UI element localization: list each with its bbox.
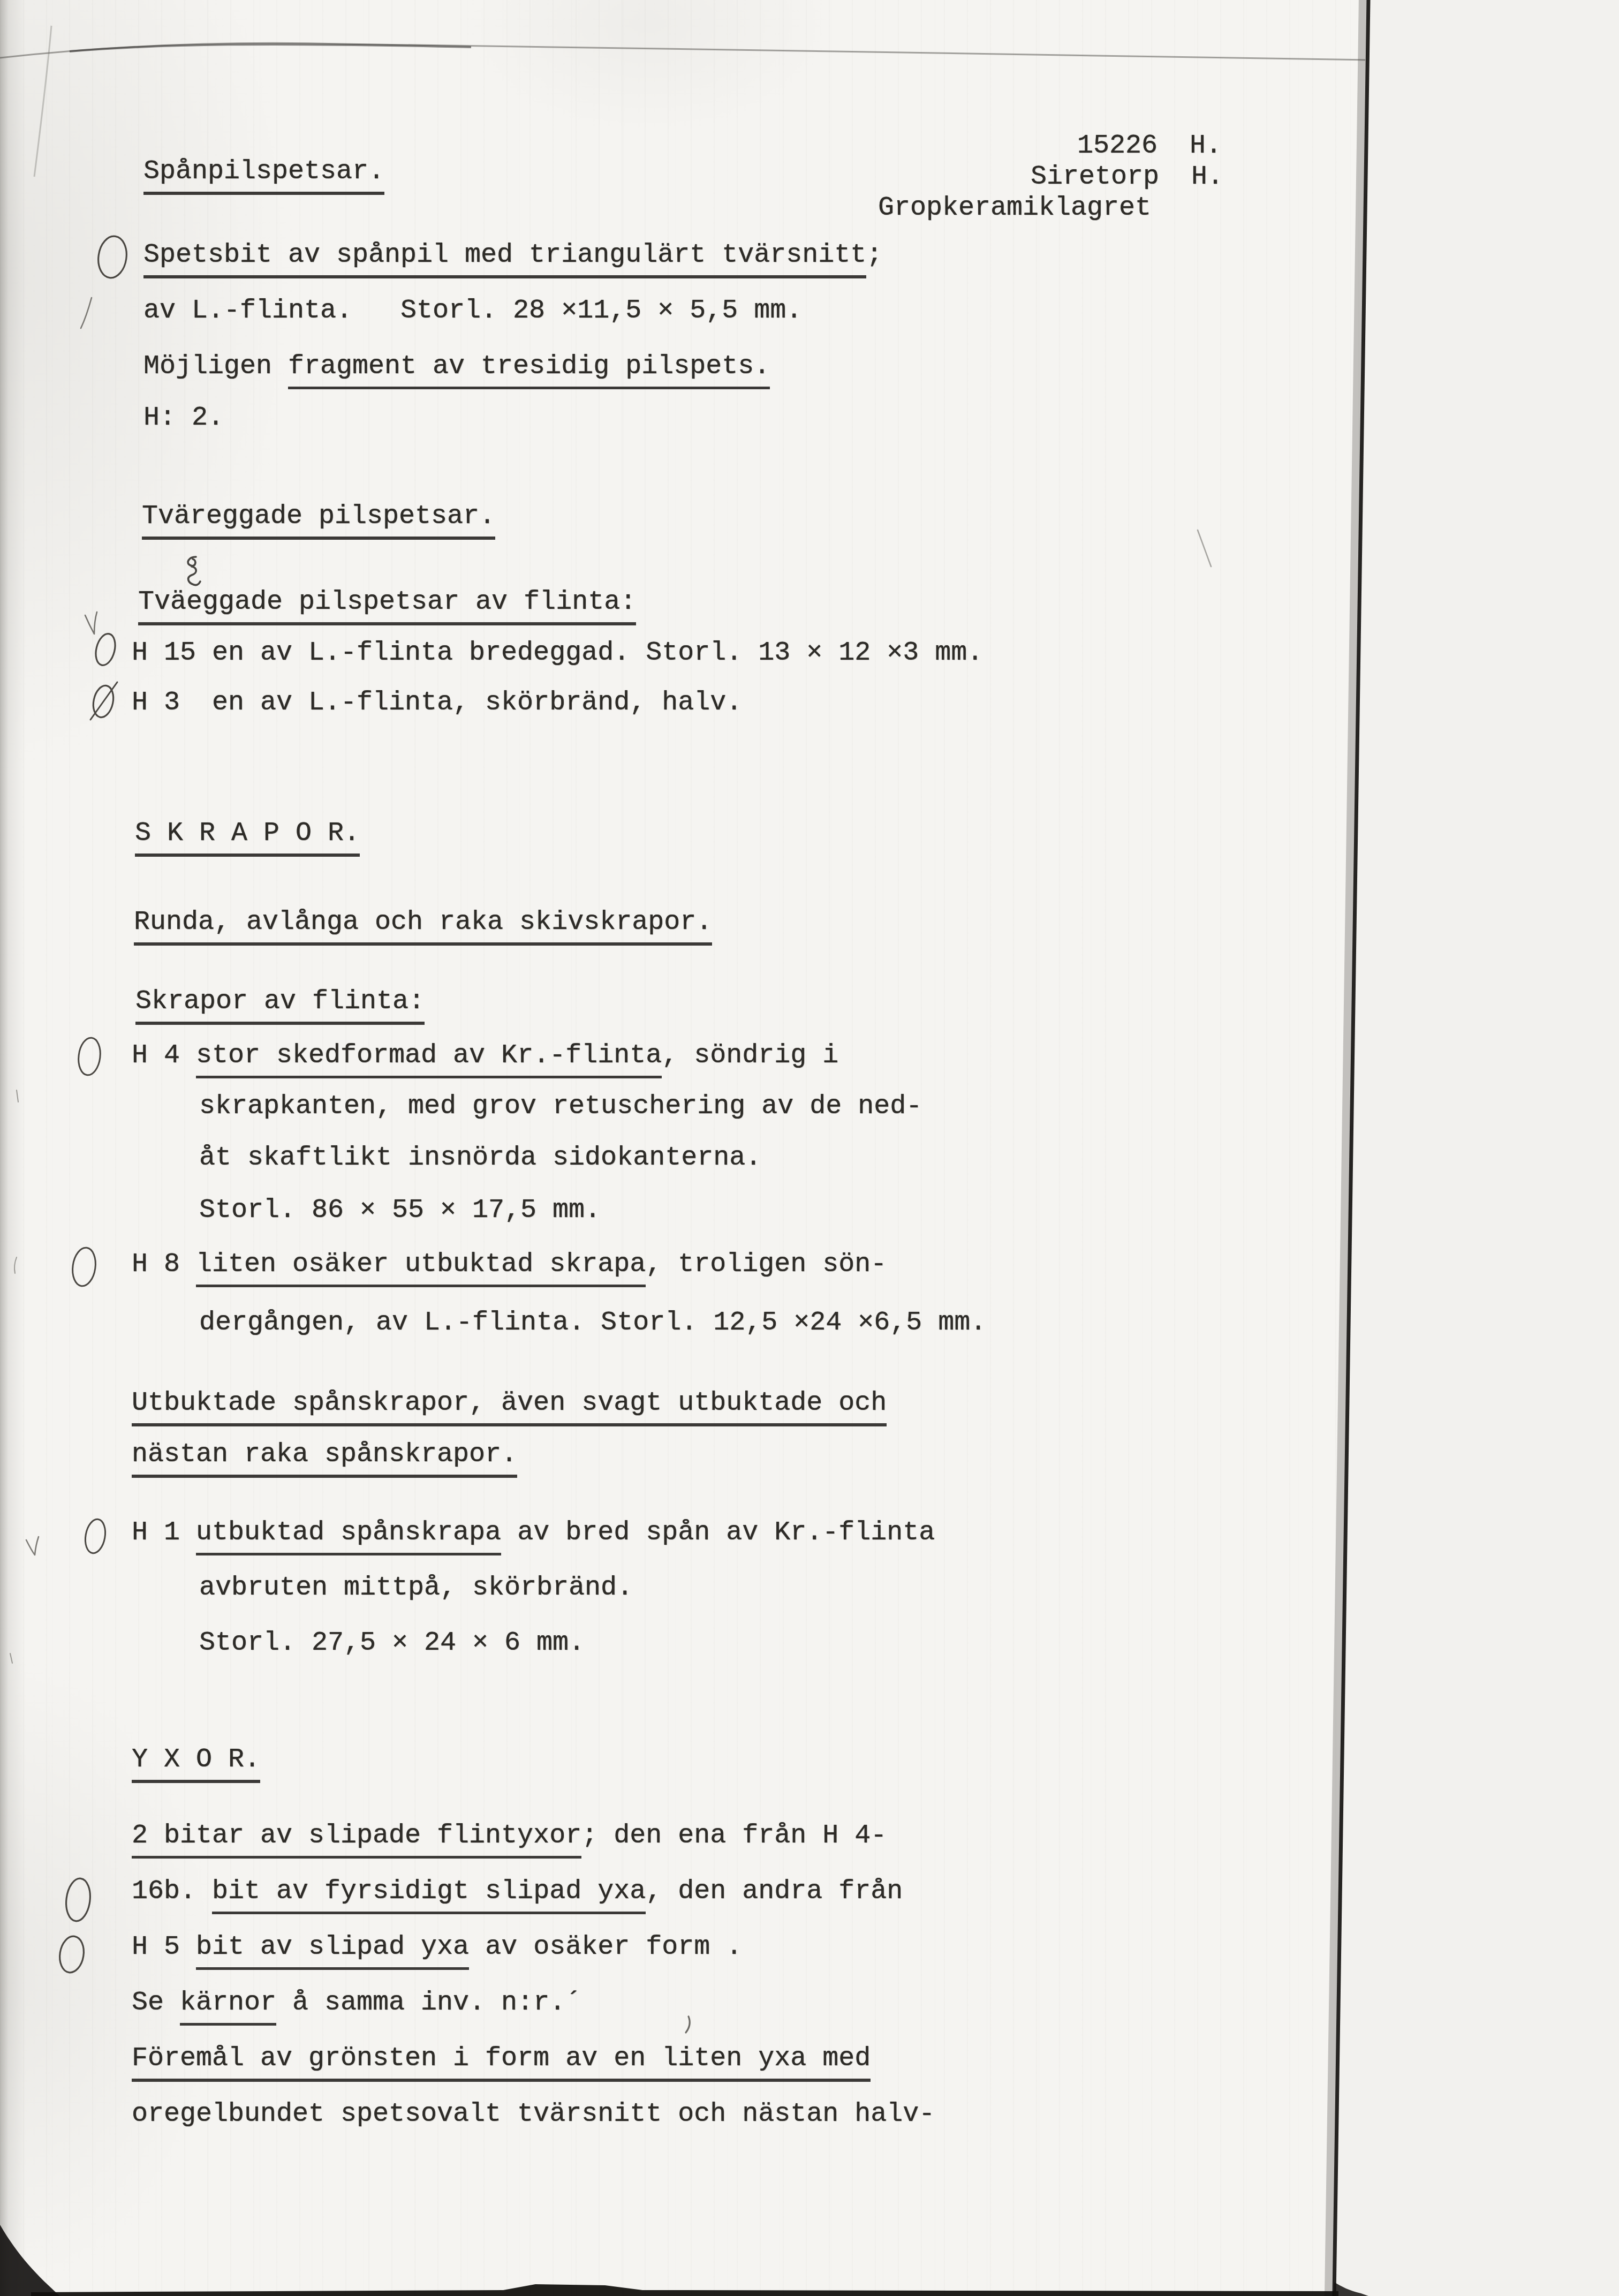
top-crease-dark-segment	[70, 44, 471, 51]
scan-artifacts-layer	[0, 0, 1619, 2296]
bottom-edge-shadow	[31, 2284, 1338, 2296]
left-diagonal-crease	[34, 26, 51, 177]
bottom-left-corner-shadow	[0, 2225, 60, 2296]
adjacent-page-area	[1334, 0, 1619, 2296]
scanned-document-page: 15226 H. Siretorp H. Gropkeramiklagret S…	[0, 0, 1619, 2296]
